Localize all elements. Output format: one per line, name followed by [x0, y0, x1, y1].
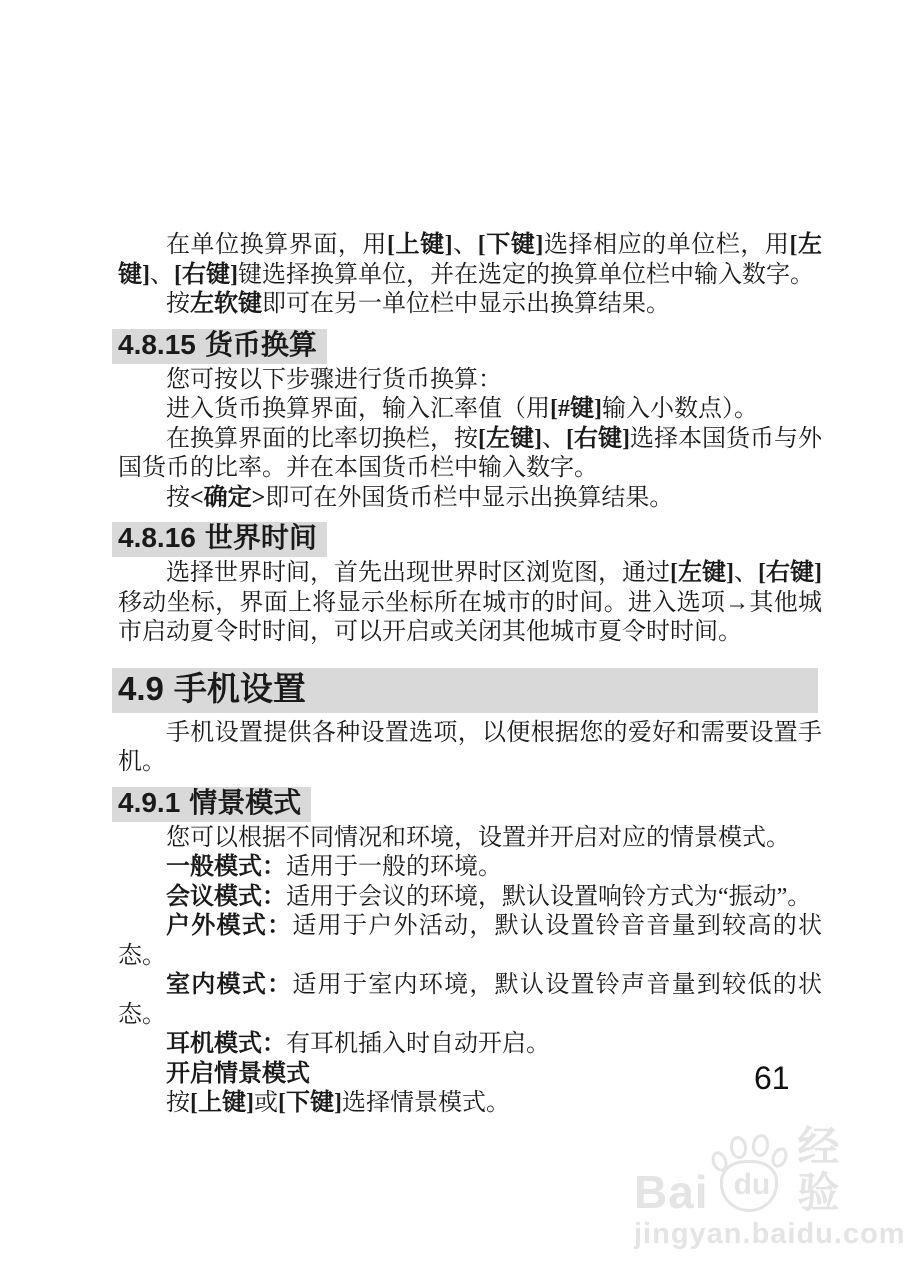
text-column: 在单位换算界面，用[上键]、[下键]选择相应的单位栏，用[左键]、[右键]键选择… — [118, 231, 822, 1119]
paragraph-phone-settings-intro: 手机设置提供各种设置选项，以便根据您的爱好和需要设置手机。 — [118, 719, 822, 778]
paragraph-mode-meeting: 会议模式：适用于会议的环境，默认设置响铃方式为“振动”。 — [118, 883, 822, 913]
section-heading-4-8-15: 4.8.15货币换算 — [112, 328, 822, 362]
section-title: 货币换算 — [205, 330, 317, 361]
page-number: 61 — [754, 1060, 790, 1096]
section-number: 4.8.16 — [118, 522, 196, 553]
section-heading-4-9: 4.9手机设置 — [112, 668, 818, 713]
paragraph-mode-indoor: 室内模式：适用于室内环境，默认设置铃声音量到较低的状态。 — [118, 971, 822, 1030]
paragraph-activate-profile-label: 开启情景模式 — [118, 1060, 822, 1090]
watermark-brand-prefix: Bai — [634, 1168, 709, 1216]
paragraph-currency-steps-intro: 您可按以下步骤进行货币换算： — [118, 366, 822, 396]
paragraph-profiles-intro: 您可以根据不同情况和环境，设置并开启对应的情景模式。 — [118, 824, 822, 854]
watermark-du-text: du — [734, 1169, 771, 1201]
section-number: 4.9.1 — [118, 787, 180, 818]
paw-pad-icon: du — [720, 1160, 778, 1212]
paw-toe-icon — [750, 1133, 770, 1158]
section-heading-4-9-1: 4.9.1情景模式 — [112, 786, 822, 820]
watermark-brand-suffix: 经验 — [783, 1124, 854, 1216]
section-number: 4.8.15 — [118, 329, 196, 360]
paragraph-activate-profile-keys: 按[上键]或[下键]选择情景模式。 — [118, 1089, 822, 1119]
paragraph-currency-result: 按<确定>即可在外国货币栏中显示出换算结果。 — [118, 484, 822, 514]
section-title: 情景模式 — [189, 788, 301, 819]
paragraph-unit-conversion-result: 按左软键即可在另一单位栏中显示出换算结果。 — [118, 290, 822, 320]
paw-toe-icon — [728, 1135, 748, 1160]
watermark-url: jingyan.baidu.com — [634, 1218, 854, 1250]
paragraph-currency-ratio-select: 在换算界面的比率切换栏，按[左键]、[右键]选择本国货币与外国货币的比率。并在本… — [118, 425, 822, 484]
watermark-logo-row: Bai du 经验 — [634, 1134, 854, 1216]
section-title: 手机设置 — [174, 672, 306, 708]
paragraph-mode-headset: 耳机模式：有耳机插入时自动开启。 — [118, 1030, 822, 1060]
paragraph-world-time: 选择世界时间，首先出现世界时区浏览图，通过[左键]、[右键]移动坐标，界面上将显… — [118, 559, 822, 648]
paragraph-mode-outdoor: 户外模式：适用于户外活动，默认设置铃音音量到较高的状态。 — [118, 912, 822, 971]
paragraph-unit-conversion-keys: 在单位换算界面，用[上键]、[下键]选择相应的单位栏，用[左键]、[右键]键选择… — [118, 231, 822, 290]
section-heading-4-8-16: 4.8.16世界时间 — [112, 521, 822, 555]
paragraph-currency-rate-input: 进入货币换算界面，输入汇率值（用[#键]输入小数点）。 — [118, 395, 822, 425]
section-title: 世界时间 — [205, 523, 317, 554]
baidu-jingyan-watermark: Bai du 经验 jingyan.baidu.com — [634, 1134, 854, 1250]
document-page: 在单位换算界面，用[上键]、[下键]选择相应的单位栏，用[左键]、[右键]键选择… — [0, 0, 904, 1280]
baidu-paw-icon: du — [711, 1134, 777, 1216]
section-number: 4.9 — [118, 670, 164, 707]
paragraph-mode-general: 一般模式：适用于一般的环境。 — [118, 853, 822, 883]
